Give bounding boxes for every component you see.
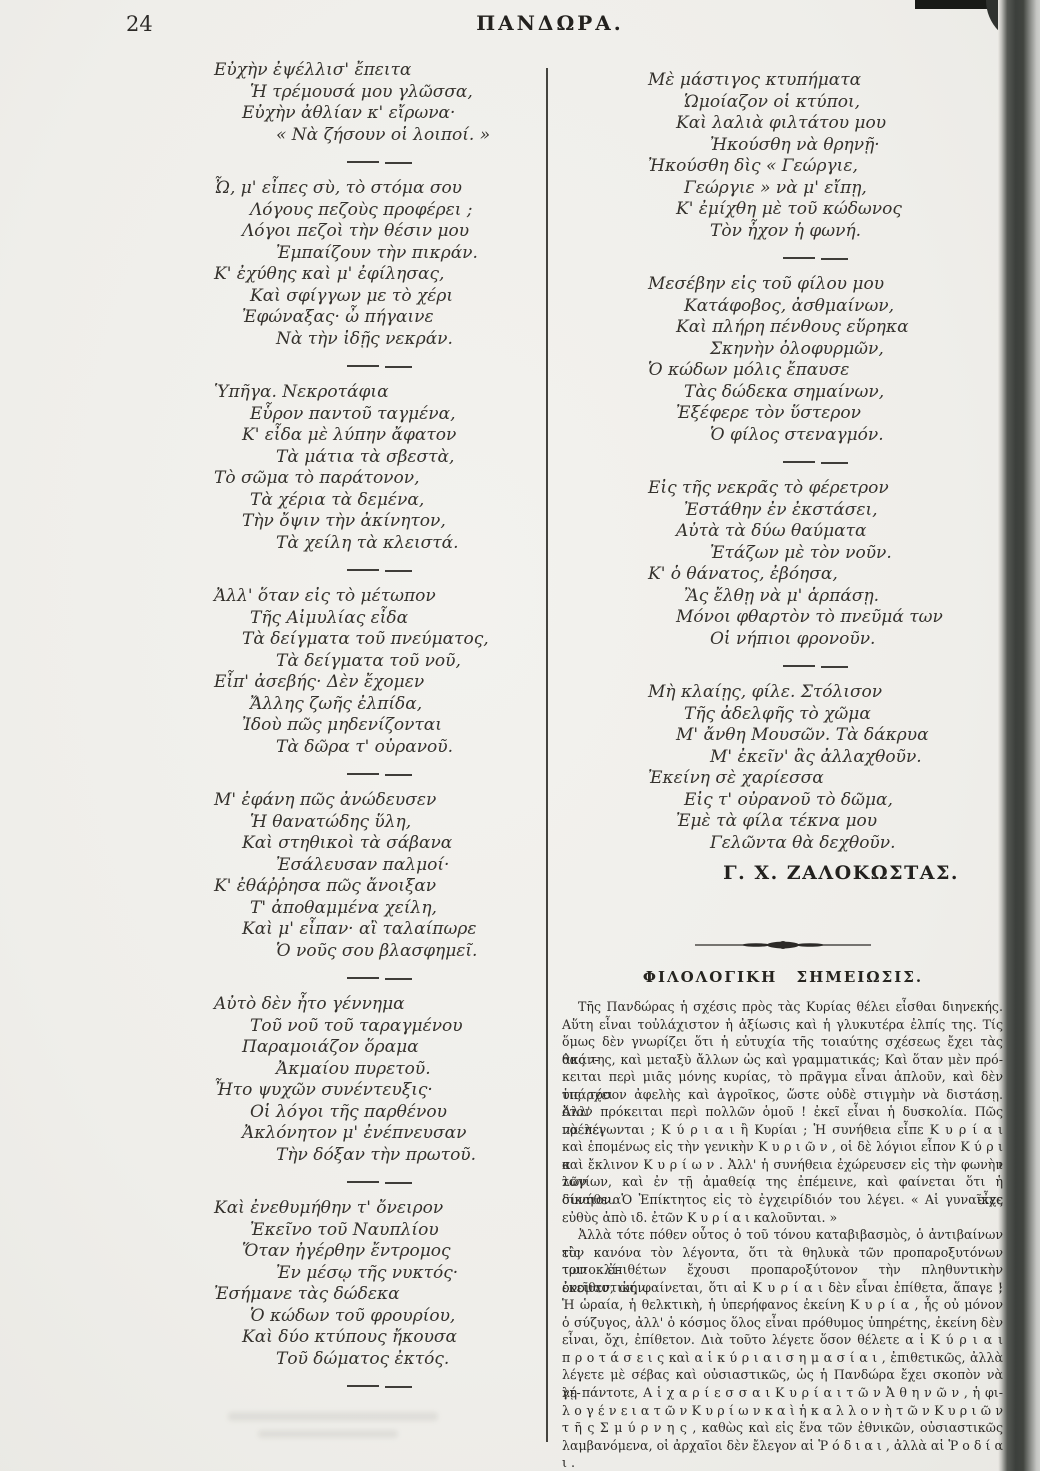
note-line: καὶ ἔκλινον Κ υ ρ ί ω ν . Ἀλλ' ἡ συνήθει… — [562, 1156, 1003, 1174]
poem-line: Ἐμὲ τὰ φίλα τέκνα μου — [648, 811, 983, 833]
page-bleedthrough-smudge — [228, 1412, 438, 1421]
poem-line: Λόγοι πεζοὶ τὴν θέσιν μου — [214, 221, 544, 243]
poem-line: Ἀκμαίου πυρετοῦ. — [214, 1059, 544, 1081]
poem-line: Αὐτὸ δὲν ἦτο γέννημα — [214, 994, 544, 1016]
stanza-separator — [648, 446, 983, 478]
poem-line: Καὶ λαλιὰ φιλτάτου μου — [648, 113, 983, 135]
note-line: λογίων, καὶ ἐν τῇ ἀμαθείᾳ της ἐπέμεινε, … — [562, 1173, 1003, 1191]
note-line: ὅμως δὲν γνωρίζει ὅτι ἡ εὐτυχία τῆς τοια… — [562, 1033, 1003, 1051]
poem-stanza: Αὐτὸ δὲν ἦτο γέννημαΤοῦ νοῦ τοῦ ταραγμέν… — [214, 994, 544, 1166]
note-line: δίκαιον. Ὁ Ἐπίκτητος εἰς τὸ ἐγχειρίδιόν … — [562, 1191, 1003, 1209]
poem-line: Μὴ κλαίῃς, φίλε. Στόλισον — [648, 682, 983, 704]
poem-line: Ἂς ἔλθῃ νὰ μ' ἁρπάσῃ. — [648, 586, 983, 608]
poem-line: Τ' ἀποθαμμένα χείλη, — [214, 898, 544, 920]
poem-line: Ἠκούσθη δὶς « Γεώργιε, — [648, 156, 983, 178]
poem-line: Καὶ στηθικοὶ τὰ σάβανα — [214, 833, 544, 855]
poem-stanza: Καὶ ἐνεθυμήθην τ' ὄνειρονἘκεῖνο τοῦ Ναυπ… — [214, 1198, 544, 1370]
scan-artifact-right-edge-band — [998, 0, 1040, 1471]
poem-line: Εἶπ' ἀσεβής· Δὲν ἔχομεν — [214, 672, 544, 694]
note-line: Ἀλλὰ τότε πόθεν οὗτος ὁ τοῦ τόνου καταβι… — [562, 1226, 1003, 1244]
poem-stanza: Μ' ἐφάνη πῶς ἀνώδευσενἩ θανατώδης ὕλη,Κα… — [214, 790, 544, 962]
poem-line: Μ' ἐφάνη πῶς ἀνώδευσεν — [214, 790, 544, 812]
note-line: εὐθὺς ἀπὸ ιδ. ἐτῶν Κ υ ρ ί α ι καλοῦνται… — [562, 1209, 1003, 1227]
note-line: κειται περὶ μιᾶς μόνης κυρίας, τὸ πρᾶγμα… — [562, 1068, 1003, 1086]
poem-line: Εὐχὴν ἐψέλλισ' ἔπειτα — [214, 60, 544, 82]
note-line: Αὕτη εἶναι τοὐλάχιστον ἡ ἀξίωσις καὶ ἡ γ… — [562, 1016, 1003, 1034]
poem-stanza: Ὑπῆγα. ΝεκροτάφιαΕὗρον παντοῦ ταγμένα,Κ'… — [214, 382, 544, 554]
note-line: τις τόσον ἀφελὴς καὶ ἀγροῖκος, ὥστε οὐδὲ… — [562, 1086, 1003, 1104]
poem-line: Τοῦ νοῦ τοῦ ταραγμένου — [214, 1016, 544, 1038]
poem-author-signature: Γ. Χ. ΖΑΛΟΚΩΣΤΑΣ. — [563, 862, 1003, 884]
poem-line: Ἡ θανατώδης ὕλη, — [214, 812, 544, 834]
note-body: Τῆς Πανδώρας ἡ σχέσις πρὸς τὰς Κυρίας θέ… — [562, 998, 1003, 1454]
note-line: των ἐπιθέτων ἔχουσι προπαροξύτονον τὴν π… — [562, 1261, 1003, 1279]
poem-stanza: Εὐχὴν ἐψέλλισ' ἔπειταἩ τρέμουσά μου γλῶσ… — [214, 60, 544, 146]
note-line: γῃ πάντοτε, Α ἱ χ α ρ ί ε σ σ α ι Κ υ ρ … — [562, 1384, 1003, 1402]
poem-line: Ἐκεῖνο τοῦ Ναυπλίου — [214, 1220, 544, 1242]
note-line: εἶναι, ὄχι, ἐπίθετον. Διὰ τοῦτο λέγετε ὅ… — [562, 1331, 1003, 1349]
poem-line: Ὅταν ἠγέρθην ἔντρομος — [214, 1241, 544, 1263]
poem-line: Ὁ κώδων τοῦ φρουρίου, — [214, 1306, 544, 1328]
poem-line: Μὲ μάστιγος κτυπήματα — [648, 70, 983, 92]
journal-title: ΠΑΝΔΩΡΑ. — [80, 11, 1020, 35]
poem-line: Μ' ἐκεῖν' ἂς ἀλλαχθοῦν. — [648, 747, 983, 769]
poem-line: Ἐξέφερε τὸν ὕστερον — [648, 403, 983, 425]
poem-line: Αὐτὰ τὰ δύω θαύματα — [648, 521, 983, 543]
poem-line: Ὁ κώδων μόλις ἔπαυσε — [648, 360, 983, 382]
poem-line: Ἰδοὺ πῶς μηδενίζονται — [214, 715, 544, 737]
poem-line: Ὦ, μ' εἶπες σὺ, τὸ στόμα σου — [214, 178, 544, 200]
poem-line: Σκηνὴν ὀλοφυρμῶν, — [648, 339, 983, 361]
poem-line: Κ' ἐμίχθη μὲ τοῦ κώδωνος — [648, 199, 983, 221]
poem-line: Κ' ὁ θάνατος, ἐβόησα, — [648, 564, 983, 586]
note-line: Ἡ ὡραία, ἡ θελκτικὴ, ἡ ὑπερήφανος ἐκείνη… — [562, 1296, 1003, 1314]
poem-line: Καὶ σφίγγων με τὸ χέρι — [214, 286, 544, 308]
poem-line: Τὴν δόξαν τὴν πρωτοῦ. — [214, 1145, 544, 1167]
poem-stanza: Μὴ κλαίῃς, φίλε. ΣτόλισονΤῆς ἀδελφῆς τὸ … — [648, 682, 983, 854]
poem-line: Ἡ τρέμουσά μου γλῶσσα, — [214, 82, 544, 104]
note-line: ὁ σύζυγος, ἀλλ' ὁ κόσμος ὅλος εἶναι πρόθ… — [562, 1314, 1003, 1332]
poem-line: Καὶ δύο κτύπους ἤκουσα — [214, 1327, 544, 1349]
poem-stanza: Ἀλλ' ὅταν εἰς τὸ μέτωπονΤῆς Αἰμυλίας εἶδ… — [214, 586, 544, 758]
poem-line: Ἐσάλευσαν παλμοί· — [214, 855, 544, 877]
poem-line: Ὁ νοῦς σου βλασφημεῖ. — [214, 941, 544, 963]
note-line: θας της, καὶ μεταξὺ ἄλλων ὡς καὶ γραμματ… — [562, 1051, 1003, 1069]
poem-line: Τὸ σῶμα τὸ παράτονον, — [214, 468, 544, 490]
poem-line: Γελῶντα θὰ δεχθοῦν. — [648, 833, 983, 855]
poem-line: Καὶ ἐνεθυμήθην τ' ὄνειρον — [214, 1198, 544, 1220]
poem-line: Τὰ χείλη τὰ κλειστά. — [214, 533, 544, 555]
poem-line: Νὰ τὴν ἰδῇς νεκράν. — [214, 329, 544, 351]
stanza-separator — [214, 1370, 544, 1402]
poem-line: Γεώργιε » νὰ μ' εἴπῃ, — [648, 178, 983, 200]
stanza-separator — [214, 554, 544, 586]
note-line: Τῆς Πανδώρας ἡ σχέσις πρὸς τὰς Κυρίας θέ… — [562, 998, 1003, 1016]
poem-line: Τὰ δῶρα τ' οὐρανοῦ. — [214, 737, 544, 759]
poem-line: Ὡμοίαζον οἱ κτύποι, — [648, 92, 983, 114]
poem-line: Οἱ νήπιοι φρονοῦν. — [648, 629, 983, 651]
poem-line: Τῆς ἀδελφῆς τὸ χῶμα — [648, 704, 983, 726]
poem-line: Τὰ χέρια τὰ δεμένα, — [214, 490, 544, 512]
poem-line: Ἦτο ψυχῶν συνέντευξις· — [214, 1080, 544, 1102]
column-divider-rule — [546, 68, 548, 1442]
note-line: τ ῆ ς Σ μ ύ ρ ν η ς , καθὼς καὶ εἰς ἕνα … — [562, 1419, 1003, 1437]
poem-line: Ἐκείνη σὲ χαρίεσσα — [648, 768, 983, 790]
poem-line: Μεσέβην εἰς τοῦ φίλου μου — [648, 274, 983, 296]
poem-author-signature-text: Γ. Χ. ΖΑΛΟΚΩΣΤΑΣ. — [563, 862, 1003, 884]
stanza-separator — [214, 350, 544, 382]
poem-line: Ἐν μέσῳ τῆς νυκτός· — [214, 1263, 544, 1285]
poem-line: Τὰ μάτια τὰ σβεστὰ, — [214, 447, 544, 469]
section-divider-ornament — [563, 936, 1003, 955]
poem-line: Μόνοι φθαρτὸν τὸ πνεῦμά των — [648, 607, 983, 629]
poem-line: Ὑπῆγα. Νεκροτάφια — [214, 382, 544, 404]
poem-line: Ἄλλης ζωῆς ἐλπίδα, — [214, 694, 544, 716]
poem-line: Τὰ δείγματα τοῦ πνεύματος, — [214, 629, 544, 651]
note-line: λαμβανόμενα, οἱ ἀρχαῖοι δὲν ἔλεγον αἱ Ῥ … — [562, 1437, 1003, 1455]
poem-stanza: Ὦ, μ' εἶπες σὺ, τὸ στόμα σουΛόγους πεζοὺ… — [214, 178, 544, 350]
poem-line: Τὸν ἦχον ἡ φωνή. — [648, 221, 983, 243]
poem-line: Ἐστάθην ἐν ἐκστάσει, — [648, 500, 983, 522]
poem-line: Τὰς δώδεκα σημαίνων, — [648, 382, 983, 404]
poem-line: Τὴν ὄψιν τὴν ἀκίνητον, — [214, 511, 544, 533]
stanza-separator — [214, 758, 544, 790]
poem-line: Εὐχὴν ἀθλίαν κ' εἴρωνα· — [214, 103, 544, 125]
note-line: π ρ ο τ ά σ ε ι ς καὶ α ἱ κ ύ ρ ι α ι σ … — [562, 1349, 1003, 1367]
stanza-separator — [214, 962, 544, 994]
poem-line: Τὰ δείγματα τοῦ νοῦ, — [214, 651, 544, 673]
stanza-separator — [648, 650, 983, 682]
poem-column-left: Εὐχὴν ἐψέλλισ' ἔπειταἩ τρέμουσά μου γλῶσ… — [214, 60, 544, 1402]
poem-line: Καὶ μ' εἶπαν· αἲ ταλαίπωρε — [214, 919, 544, 941]
poem-line: Οἱ λόγοι τῆς παρθένου — [214, 1102, 544, 1124]
note-line: ὅταν πρόκειται περὶ πολλῶν ὁμοῦ ! ἐκεῖ ε… — [562, 1103, 1003, 1121]
poem-stanza: Μεσέβην εἰς τοῦ φίλου μουΚατάφοβος, ἀσθμ… — [648, 274, 983, 446]
poem-line: Ἀκλόνητον μ' ἐνέπνευσαν — [214, 1123, 544, 1145]
scanned-page: 24 ΠΑΝΔΩΡΑ. Εὐχὴν ἐψέλλισ' ἔπειταἩ τρέμο… — [0, 0, 1040, 1471]
poem-line: Λόγους πεζοὺς προφέρει ; — [214, 200, 544, 222]
poem-line: Κ' ἐθάῤῥησα πῶς ἄνοιξαν — [214, 876, 544, 898]
poem-line: Τῆς Αἰμυλίας εἶδα — [214, 608, 544, 630]
poem-line: Ὁ φίλος στεναγμόν. — [648, 425, 983, 447]
stanza-separator — [214, 146, 544, 178]
poem-line: Κ' ἐχύθης καὶ μ' ἐφίλησας, — [214, 264, 544, 286]
poem-line: Ἀλλ' ὅταν εἰς τὸ μέτωπον — [214, 586, 544, 608]
poem-column-right: Μὲ μάστιγος κτυπήματαὩμοίαζον οἱ κτύποι,… — [648, 70, 983, 854]
poem-line: Παραμοιάζον ὅραμα — [214, 1037, 544, 1059]
poem-line: Ἐτάζων μὲ τὸν νοῦν. — [648, 543, 983, 565]
poem-line: Τοῦ δώματος ἐκτός. — [214, 1349, 544, 1371]
poem-line: Ἐμπαίζουν τὴν πικράν. — [214, 243, 544, 265]
poem-line: Μ' ἄνθη Μουσῶν. Τὰ δάκρυα — [648, 725, 983, 747]
note-line: καὶ ἑπομένως εἰς τὴν γενικὴν Κ υ ρ ι ῶ ν… — [562, 1138, 1003, 1156]
poem-line: Ἐφώναξας· ὦ πήγαινε — [214, 307, 544, 329]
page-bleedthrough-smudge — [258, 1430, 398, 1438]
poem-line: Εὗρον παντοῦ ταγμένα, — [214, 404, 544, 426]
poem-line: Ἐσήμανε τὰς δώδεκα — [214, 1284, 544, 1306]
note-heading: ΦΙΛΟΛΟΓΙΚΗ ΣΗΜΕΙΩΣΙΣ. — [563, 968, 1003, 986]
swelled-rule-icon — [693, 939, 873, 951]
poem-line: Κατάφοβος, ἀσθμαίνων, — [648, 296, 983, 318]
note-line: νὰ λέγωνται ; Κ ύ ρ ι α ι ἢ Κυρίαι ; Ἡ σ… — [562, 1121, 1003, 1139]
note-line: λ ο γ έ ν ε ι α τ ῶ ν Κ υ ρ ί ω ν κ α ὶ … — [562, 1402, 1003, 1420]
poem-line: Εἰς τ' οὐρανοῦ τὸ δῶμα, — [648, 790, 983, 812]
poem-line: Ἠκούσθη νὰ θρηνῇ· — [648, 135, 983, 157]
note-line: λέγετε μὲ σέβας καὶ οὐσιαστικῶς, ὡς ἡ Πα… — [562, 1366, 1003, 1384]
note-line: ἐκεῖθεν, ὡς φαίνεται, ὅτι αἱ Κ υ ρ ί α ι… — [562, 1279, 1003, 1297]
stanza-separator — [648, 242, 983, 274]
poem-stanza: Εἰς τῆς νεκρᾶς τὸ φέρετρονἘστάθην ἐν ἐκσ… — [648, 478, 983, 650]
stanza-separator — [214, 1166, 544, 1198]
poem-line: Καὶ πλήρη πένθους εὕρηκα — [648, 317, 983, 339]
poem-line: « Νὰ ζήσουν οἱ λοιποί. » — [214, 125, 544, 147]
note-line: τὸν κανόνα τὸν λέγοντα, ὅτι τὰ θηλυκὰ τῶ… — [562, 1244, 1003, 1262]
poem-line: Κ' εἶδα μὲ λύπην ἄφατον — [214, 425, 544, 447]
poem-stanza: Μὲ μάστιγος κτυπήματαὩμοίαζον οἱ κτύποι,… — [648, 70, 983, 242]
poem-line: Εἰς τῆς νεκρᾶς τὸ φέρετρον — [648, 478, 983, 500]
